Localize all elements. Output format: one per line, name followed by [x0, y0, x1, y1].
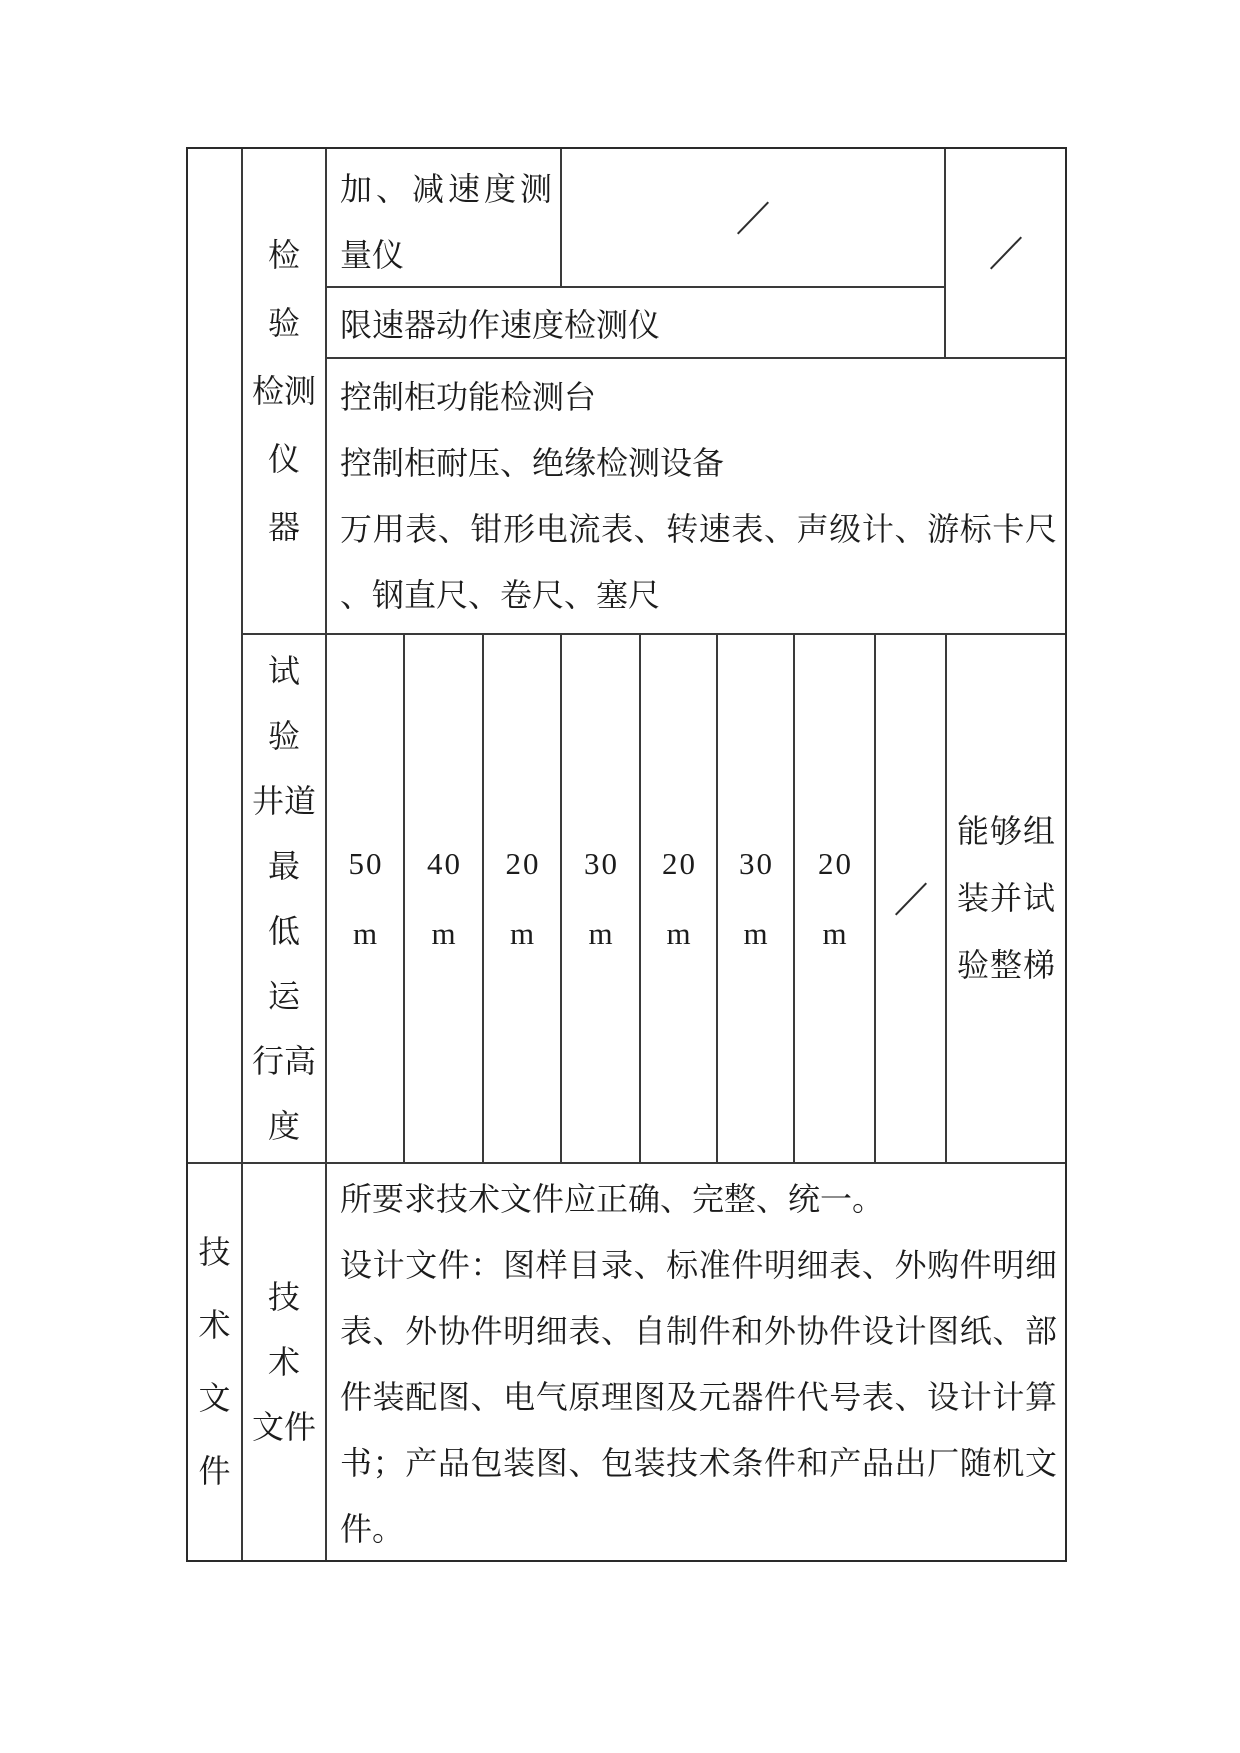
header-line: 检测: [243, 357, 325, 425]
height-value: 50: [347, 829, 384, 899]
header-line: 技: [188, 1216, 241, 1289]
header-line: 度: [243, 1094, 325, 1159]
section3-row-header: 技 术 文件: [243, 1164, 325, 1560]
height-value-cell: 30 m: [718, 635, 793, 1162]
header-line: 技: [243, 1265, 325, 1330]
document-page: { "colors": { "background": "#ffffff", "…: [0, 0, 1240, 1753]
height-value: 30: [582, 829, 619, 899]
header-line: 术: [243, 1330, 325, 1395]
header-line: 仪: [243, 425, 325, 493]
header-line: 运: [243, 964, 325, 1029]
instrument-cell-na: [562, 149, 944, 286]
section3-outer-header: 技 术 文 件: [188, 1164, 241, 1560]
height-value: 40: [425, 829, 462, 899]
height-value-cell: 20 m: [641, 635, 716, 1162]
instrument-cell-accelerometer: 加、减速度测量仪: [327, 149, 560, 286]
header-line: 检: [243, 221, 325, 289]
slash-mark: [737, 201, 769, 234]
height-unit: m: [822, 899, 846, 969]
technical-documents-cell: 所要求技术文件应正确、完整、统一。 设计文件：图样目录、标准件明细表、外购件明细…: [327, 1164, 1065, 1560]
height-value-cell: 20 m: [795, 635, 874, 1162]
left-spacer-cell: [188, 149, 241, 1162]
section2-row-header: 试 验 井道 最 低 运 行高 度: [243, 635, 325, 1162]
instrument-list-cell: 控制柜功能检测台 控制柜耐压、绝缘检测设备 万用表、钳形电流表、转速表、声级计、…: [327, 360, 1065, 633]
section1-row-header: 检 验 检测 仪 器: [243, 149, 325, 633]
height-unit: m: [666, 899, 690, 969]
note-line: 能够组: [957, 798, 1055, 865]
height-value-cell: 30 m: [562, 635, 639, 1162]
slash-mark: [989, 236, 1021, 269]
height-value-cell: 20 m: [484, 635, 560, 1162]
height-unit: m: [431, 899, 455, 969]
height-value-cell: 40 m: [405, 635, 482, 1162]
slash-mark: [894, 882, 926, 915]
height-na-cell: [876, 635, 945, 1162]
header-line: 行高: [243, 1029, 325, 1094]
height-value: 20: [504, 829, 541, 899]
height-value: 20: [816, 829, 853, 899]
height-unit: m: [353, 899, 377, 969]
header-line: 器: [243, 493, 325, 561]
technical-documents-paragraph: 所要求技术文件应正确、完整、统一。: [340, 1166, 1057, 1232]
right-na-cell: [946, 149, 1065, 356]
header-line: 验: [243, 289, 325, 357]
header-line: 文: [188, 1362, 241, 1435]
height-unit: m: [588, 899, 612, 969]
height-unit: m: [510, 899, 534, 969]
escalator-note-cell: 能够组 装并试 验整梯: [947, 635, 1065, 1162]
height-value: 30: [737, 829, 774, 899]
header-line: 低: [243, 899, 325, 964]
header-line: 井道: [243, 769, 325, 834]
instrument-item: 控制柜耐压、绝缘检测设备: [340, 430, 1057, 496]
instrument-item: 控制柜功能检测台: [340, 364, 1057, 430]
instrument-item: 万用表、钳形电流表、转速表、声级计、游标卡尺、钢直尺、卷尺、塞尺: [340, 496, 1057, 628]
height-unit: m: [743, 899, 767, 969]
header-line: 试: [243, 639, 325, 704]
header-line: 术: [188, 1289, 241, 1362]
note-line: 验整梯: [957, 932, 1055, 999]
instrument-cell-governor-tester: 限速器动作速度检测仪: [327, 288, 944, 357]
header-line: 件: [188, 1435, 241, 1508]
header-line: 验: [243, 704, 325, 769]
requirements-table: 检 验 检测 仪 器 加、减速度测量仪 限速器动作速度检测仪 控制柜功能检测台 …: [186, 147, 1067, 1562]
height-value: 20: [660, 829, 697, 899]
header-line: 文件: [243, 1395, 325, 1460]
height-value-cell: 50 m: [327, 635, 403, 1162]
technical-documents-paragraph: 设计文件：图样目录、标准件明细表、外购件明细表、外协件明细表、自制件和外协件设计…: [340, 1232, 1057, 1562]
header-line: 最: [243, 834, 325, 899]
grid-line: [325, 357, 1065, 359]
note-line: 装并试: [957, 865, 1055, 932]
